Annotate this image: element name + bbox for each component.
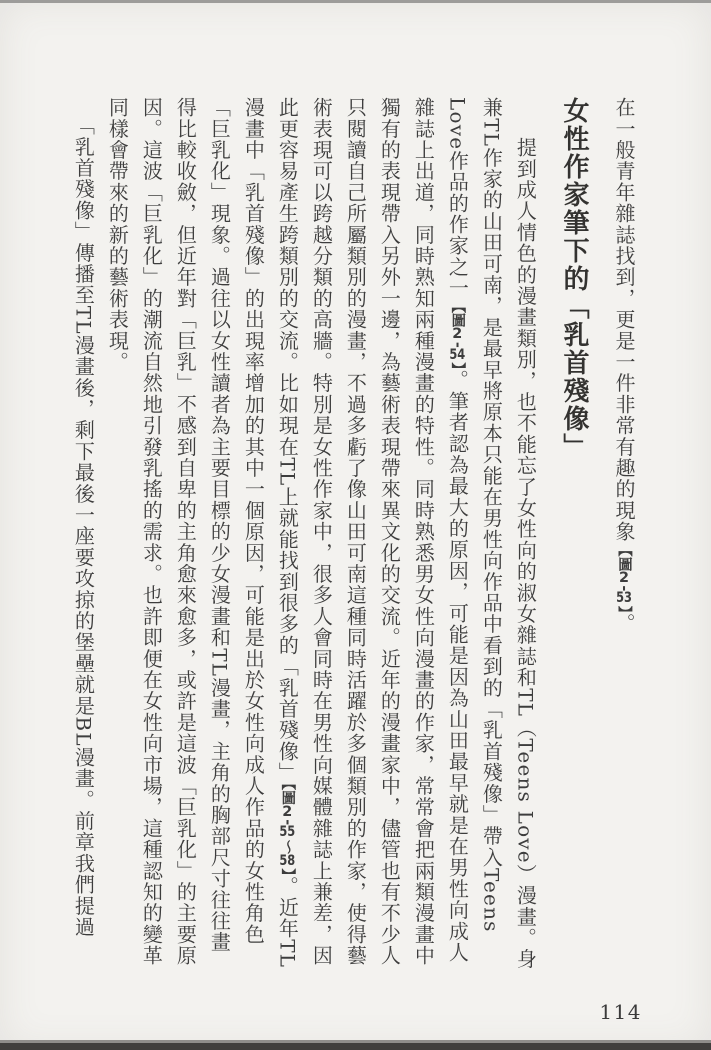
figure-reference: 【圖2-53】 <box>616 542 632 613</box>
page-number: 114 <box>599 1000 642 1024</box>
book-page: 在一般青年雜誌找到，更是一件非常有趣的現象【圖2-53】。 女性作家筆下的「乳首… <box>0 0 711 1050</box>
body-paragraph-1: 提到成人情色的漫畫類別，也不能忘了女性向的淑女雜誌和TL（Teens Love）… <box>100 97 542 971</box>
figure-reference: 【圖2-55～58】 <box>279 783 295 875</box>
section-heading: 女性作家筆下的「乳首殘像」 <box>554 97 592 971</box>
page-content: 在一般青年雜誌找到，更是一件非常有趣的現象【圖2-53】。 女性作家筆下的「乳首… <box>46 97 641 971</box>
continuation-paragraph: 在一般青年雜誌找到，更是一件非常有趣的現象【圖2-53】。 <box>607 97 641 971</box>
figure-reference: 【圖2-54】 <box>449 299 465 370</box>
body-paragraph-2: 「乳首殘像」傳播至TL漫畫後，剩下最後一座要攻掠的堡壘就是BL漫畫。前章我們提過 <box>66 97 100 971</box>
scan-edge-top <box>0 0 711 3</box>
scan-edge-bottom <box>0 1043 711 1050</box>
